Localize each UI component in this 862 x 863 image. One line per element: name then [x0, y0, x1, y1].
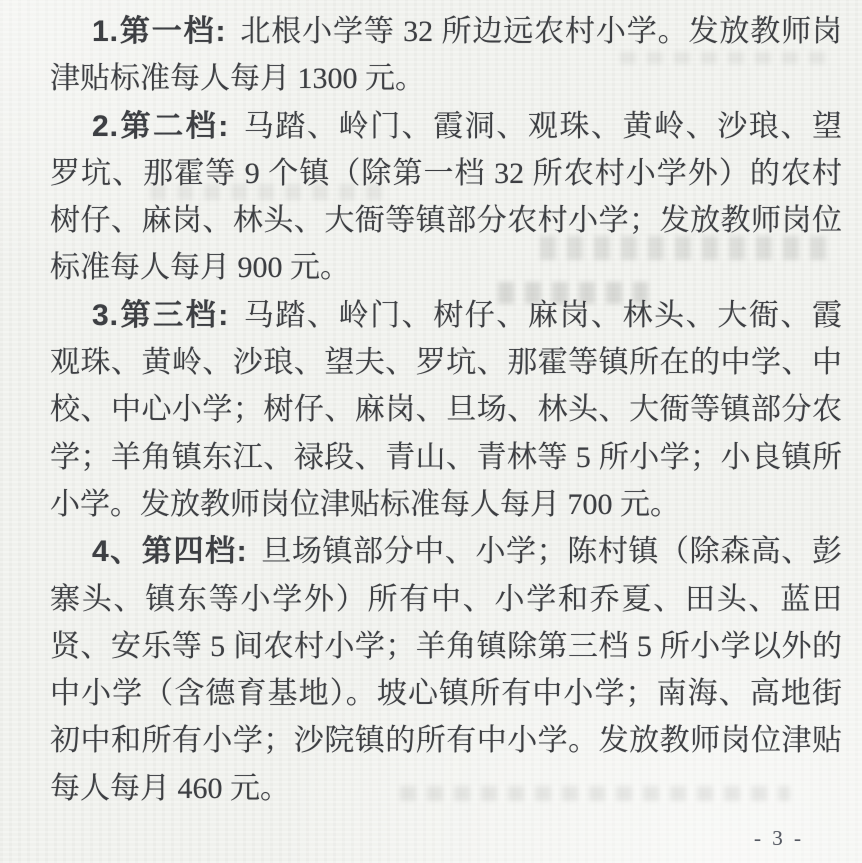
- scanned-document-page: { "colors": { "paper": "#f0f1ed", "ink":…: [0, 0, 862, 863]
- text-line: 2.第二档:马踏、岭门、霞洞、观珠、黄岭、沙琅、望夫、: [50, 103, 842, 150]
- page-number: - 3 -: [754, 826, 804, 851]
- paragraph-tier-2: 2.第二档:马踏、岭门、霞洞、观珠、黄岭、沙琅、望夫、 罗坑、那霍等 9 个镇（…: [50, 103, 842, 292]
- paragraph-tier-1: 1.第一档:北根小学等 32 所边远农村小学。发放教师岗位 津贴标准每人每月 1…: [50, 8, 842, 103]
- document-body: 1.第一档:北根小学等 32 所边远农村小学。发放教师岗位 津贴标准每人每月 1…: [50, 8, 842, 812]
- paragraph-tier-4: 4、第四档:旦场镇部分中、小学；陈村镇（除森高、彭村、 寨头、镇东等小学外）所有…: [50, 528, 842, 812]
- text-line: 校、中心小学；树仔、麻岗、旦场、林头、大衙等镇部分农村小: [50, 386, 842, 433]
- text-line: 3.第三档:马踏、岭门、树仔、麻岗、林头、大衙、霞洞、: [50, 292, 842, 339]
- tier-3-heading: 3.第三档:: [92, 299, 229, 332]
- text-line: 学；羊角镇东江、禄段、青山、青林等 5 所小学；小良镇所有中: [50, 434, 842, 481]
- text-line: 观珠、黄岭、沙琅、望夫、罗坑、那霍等镇所在的中学、中心学: [50, 339, 842, 386]
- text-line: 每人每月 460 元。: [50, 765, 842, 812]
- text-line: 标准每人每月 900 元。: [50, 244, 842, 291]
- tier-2-heading: 2.第二档:: [92, 110, 229, 143]
- text-line: 寨头、镇东等小学外）所有中、小学和乔夏、田头、蓝田坡、育: [50, 576, 842, 623]
- text-line: 津贴标准每人每月 1300 元。: [50, 55, 842, 102]
- text-line: 树仔、麻岗、林头、大衙等镇部分农村小学；发放教师岗位津贴: [50, 197, 842, 244]
- paragraph-tier-3: 3.第三档:马踏、岭门、树仔、麻岗、林头、大衙、霞洞、 观珠、黄岭、沙琅、望夫、…: [50, 292, 842, 528]
- text-line: 中小学（含德育基地）。坡心镇所有中小学；南海、高地街道的: [50, 670, 842, 717]
- text-line: 4、第四档:旦场镇部分中、小学；陈村镇（除森高、彭村、: [50, 528, 842, 575]
- text-line: 初中和所有小学；沙院镇的所有中小学。发放教师岗位津贴标准: [50, 717, 842, 764]
- tier-4-heading: 4、第四档:: [92, 535, 248, 568]
- text-line: 1.第一档:北根小学等 32 所边远农村小学。发放教师岗位: [50, 8, 842, 55]
- tier-1-heading: 1.第一档:: [92, 15, 227, 48]
- text-line: 小学。发放教师岗位津贴标准每人每月 700 元。: [50, 481, 842, 528]
- text-line: 罗坑、那霍等 9 个镇（除第一档 32 所农村小学外）的农村小学；: [50, 150, 842, 197]
- text-line: 贤、安乐等 5 间农村小学；羊角镇除第三档 5 所小学以外的其他: [50, 623, 842, 670]
